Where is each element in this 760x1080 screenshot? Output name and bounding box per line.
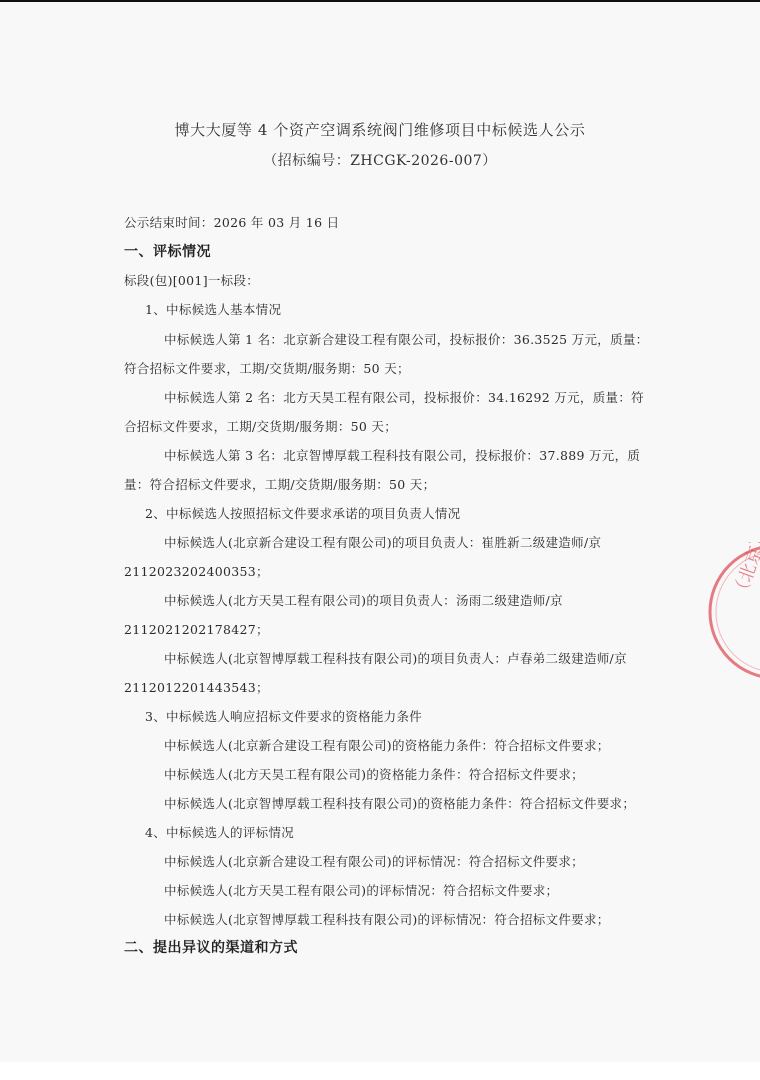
candidate-3-line-1: 中标候选人第 3 名：北京智博厚载工程科技有限公司，投标报价：37.889 万元… <box>164 446 640 464</box>
subsection-heading-project-manager: 2、中标候选人按照招标文件要求承诺的项目负责人情况 <box>145 504 460 522</box>
manager-2-line-1: 中标候选人(北方天昊工程有限公司)的项目负责人：汤雨二级建造师/京 <box>164 591 563 609</box>
svg-text:（北京）: （北京） <box>729 542 760 602</box>
tender-number: （招标编号：ZHCGK-2026-007） <box>0 150 760 170</box>
manager-3-line-2: 2112012201443543； <box>124 678 269 696</box>
candidate-3-line-2: 量：符合招标文件要求，工期/交货期/服务期：50 天； <box>124 475 435 493</box>
candidate-2-line-2: 合招标文件要求，工期/交货期/服务期：50 天； <box>124 417 397 435</box>
document-page: 博大大厦等 4 个资产空调系统阀门维修项目中标候选人公示 （招标编号：ZHCGK… <box>0 0 760 1062</box>
evaluation-result-3: 中标候选人(北京智博厚载工程科技有限公司)的评标情况：符合招标文件要求； <box>164 910 610 928</box>
section-heading-evaluation: 一、评标情况 <box>124 241 211 261</box>
document-title: 博大大厦等 4 个资产空调系统阀门维修项目中标候选人公示 <box>0 119 760 140</box>
qualification-1: 中标候选人(北京新合建设工程有限公司)的资格能力条件：符合招标文件要求； <box>164 736 610 754</box>
lot-label: 标段(包)[001]一标段： <box>124 271 259 289</box>
candidate-1-line-2: 符合招标文件要求，工期/交货期/服务期：50 天； <box>124 359 410 377</box>
section-heading-objection: 二、提出异议的渠道和方式 <box>124 937 298 957</box>
evaluation-result-1: 中标候选人(北京新合建设工程有限公司)的评标情况：符合招标文件要求； <box>164 852 584 870</box>
subsection-heading-basic-info: 1、中标候选人基本情况 <box>145 300 281 318</box>
qualification-3: 中标候选人(北京智博厚载工程科技有限公司)的资格能力条件：符合招标文件要求； <box>164 794 635 812</box>
qualification-2: 中标候选人(北方天昊工程有限公司)的资格能力条件：符合招标文件要求； <box>164 765 584 783</box>
red-seal-stamp: （北京） <box>706 542 760 682</box>
subsection-heading-qualification: 3、中标候选人响应招标文件要求的资格能力条件 <box>145 707 422 725</box>
candidate-1-line-1: 中标候选人第 1 名：北京新合建设工程有限公司，投标报价：36.3525 万元，… <box>164 330 648 348</box>
candidate-2-line-1: 中标候选人第 2 名：北方天昊工程有限公司，投标报价：34.16292 万元，质… <box>164 388 644 406</box>
manager-2-line-2: 2112021202178427； <box>124 620 269 638</box>
publicity-end-time: 公示结束时间：2026 年 03 月 16 日 <box>124 213 339 231</box>
evaluation-result-2: 中标候选人(北方天昊工程有限公司)的评标情况：符合招标文件要求； <box>164 881 558 899</box>
subsection-heading-evaluation-result: 4、中标候选人的评标情况 <box>145 823 294 841</box>
manager-1-line-2: 2112023202400353； <box>124 562 269 580</box>
manager-1-line-1: 中标候选人(北京新合建设工程有限公司)的项目负责人：崔胜新二级建造师/京 <box>164 533 601 551</box>
manager-3-line-1: 中标候选人(北京智博厚载工程科技有限公司)的项目负责人：卢春弟二级建造师/京 <box>164 649 627 667</box>
